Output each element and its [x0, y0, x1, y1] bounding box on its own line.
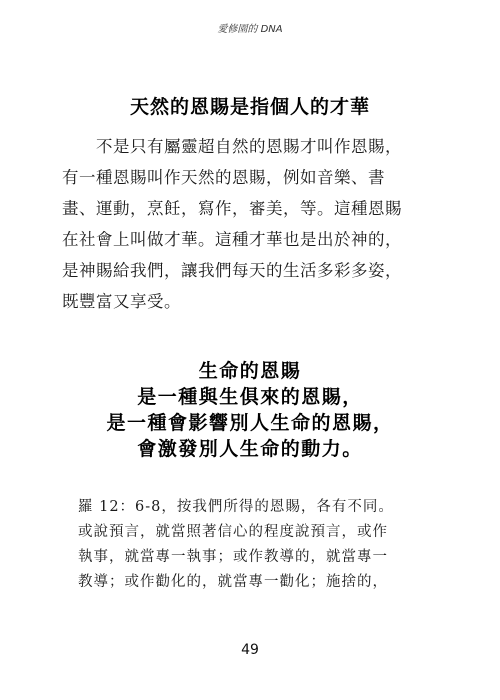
callout-line: 會激發別人生命的動力。: [0, 436, 500, 462]
callout-line: 是一種會影響別人生命的恩賜，: [0, 410, 500, 436]
paragraph-line: 既豐富又享受。: [62, 286, 442, 317]
scripture-line: 羅 12：6-8，按我們所得的恩賜，各有不同。: [78, 495, 448, 520]
body-paragraph: 不是只有屬靈超自然的恩賜才叫作恩賜， 有一種恩賜叫作天然的恩賜，例如音樂、書 畫…: [62, 131, 442, 317]
callout-quote: 生命的恩賜 是一種與生俱來的恩賜， 是一種會影響別人生命的恩賜， 會激發別人生命…: [0, 358, 500, 462]
scripture-passage: 羅 12：6-8，按我們所得的恩賜，各有不同。 或說預言，就當照著信心的程度說預…: [78, 495, 448, 595]
callout-line: 是一種與生俱來的恩賜，: [0, 384, 500, 410]
callout-line: 生命的恩賜: [0, 358, 500, 384]
paragraph-line: 有一種恩賜叫作天然的恩賜，例如音樂、書: [62, 162, 442, 193]
paragraph-line: 在社會上叫做才華。這種才華也是出於神的，: [62, 224, 442, 255]
scripture-line: 教導；或作勸化的，就當專一勸化；施捨的，: [78, 570, 448, 595]
paragraph-line: 不是只有屬靈超自然的恩賜才叫作恩賜，: [62, 131, 442, 162]
section-title: 天然的恩賜是指個人的才華: [0, 92, 500, 119]
paragraph-line: 是神賜給我們，讓我們每天的生活多彩多姿，: [62, 255, 442, 286]
page-number: 49: [0, 642, 500, 658]
paragraph-line: 畫、運動，烹飪，寫作，審美，等。這種恩賜: [62, 193, 442, 224]
scripture-line: 執事，就當專一執事；或作教導的，就當專一: [78, 545, 448, 570]
scripture-line: 或說預言，就當照著信心的程度說預言，或作: [78, 520, 448, 545]
running-header: 愛修園的 DNA: [0, 20, 500, 35]
